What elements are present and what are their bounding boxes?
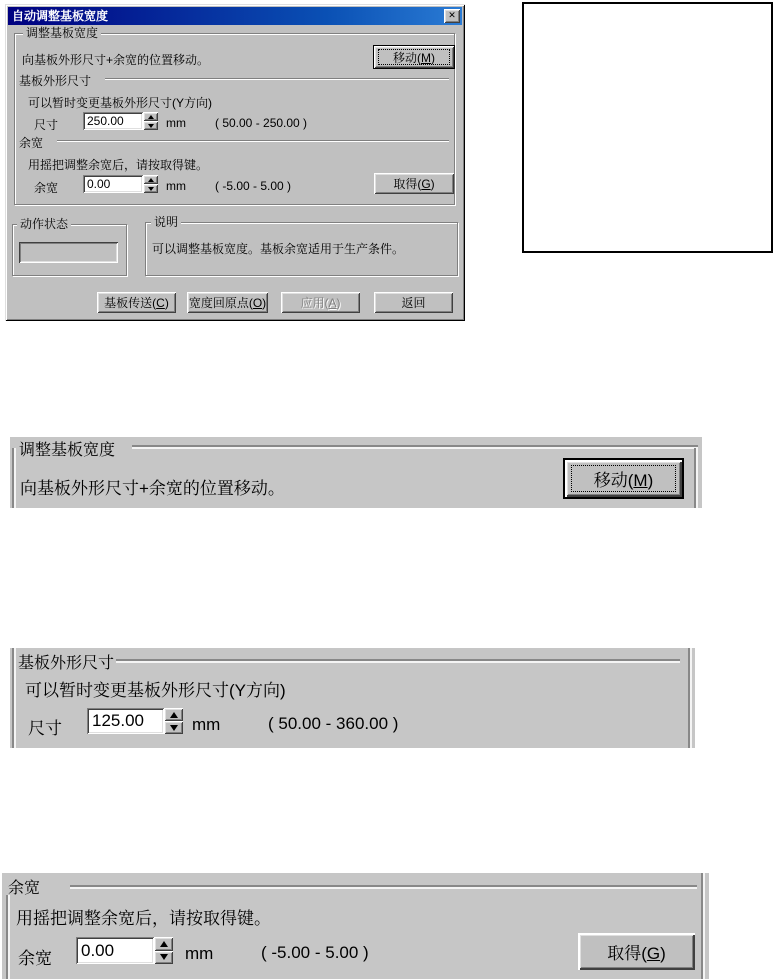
zoom-margin-section: 余宽 用摇把调整余宽后，请按取得键。 余宽 mm ( -5.00 - 5.00 … [2, 873, 709, 979]
zoom-margin-input[interactable] [76, 937, 154, 964]
zoom-size-input[interactable] [87, 708, 164, 734]
adjust-description: 向基板外形尺寸+余宽的位置移动。 [22, 51, 209, 68]
zoom-margin-left-border [6, 895, 10, 979]
zoom-margin-spinner[interactable] [154, 937, 173, 964]
zoom-size-left-border [12, 648, 16, 748]
size-section-divider [105, 78, 449, 80]
zoom-adjust-left-border [12, 448, 16, 508]
width-origin-button[interactable]: 宽度回原点(O) [187, 292, 268, 313]
dialog-window: 自动调整基板宽度 ✕ 调整基板宽度 向基板外形尺寸+余宽的位置移动。 移动(M)… [5, 4, 465, 321]
zoom-size-spinner[interactable] [164, 708, 183, 734]
return-button[interactable]: 返回 [374, 292, 453, 313]
zoom-margin-field-label: 余宽 [18, 944, 52, 969]
size-range: ( 50.00 - 250.00 ) [215, 116, 307, 130]
margin-field-label: 余宽 [34, 179, 58, 196]
zoom-adjust-section: 调整基板宽度 向基板外形尺寸+余宽的位置移动。 移动(M) [10, 437, 702, 508]
apply-button: 应用(A) [281, 292, 360, 313]
note-group: 说明 可以调整基板宽度。基板余宽适用于生产条件。 [145, 222, 458, 276]
note-group-label: 说明 [151, 216, 181, 229]
zoom-size-field-label: 尺寸 [28, 714, 62, 739]
margin-unit: mm [166, 179, 186, 193]
margin-spin-down-icon[interactable] [143, 184, 158, 193]
zoom-move-button[interactable]: 移动(M) [565, 460, 682, 497]
zoom-get-button[interactable]: 取得(G) [578, 933, 695, 970]
margin-spinner[interactable] [143, 175, 158, 193]
zoom-margin-hint: 用摇把调整余宽后，请按取得键。 [16, 904, 271, 929]
margin-section-divider [57, 140, 449, 142]
adjust-group: 调整基板宽度 向基板外形尺寸+余宽的位置移动。 移动(M) 基板外形尺寸 可以暂… [14, 33, 455, 205]
zoom-size-divider [116, 659, 680, 663]
zoom-margin-divider [70, 885, 697, 889]
zoom-size-unit: mm [192, 715, 220, 735]
get-button[interactable]: 取得(G) [374, 173, 454, 194]
status-box [19, 242, 118, 263]
size-unit: mm [166, 116, 186, 130]
zoom-margin-range: ( -5.00 - 5.00 ) [261, 943, 369, 963]
zoom-adjust-right-border [694, 448, 698, 508]
empty-preview-box [522, 2, 773, 253]
window-title: 自动调整基板宽度 [12, 7, 108, 25]
zoom-adjust-label: 调整基板宽度 [19, 437, 115, 460]
zoom-size-hint: 可以暂时变更基板外形尺寸(Y方向) [25, 676, 286, 701]
zoom-size-spin-down-icon[interactable] [164, 721, 183, 734]
zoom-margin-right-border [701, 873, 705, 979]
zoom-size-right-border [688, 648, 692, 748]
adjust-group-label: 调整基板宽度 [23, 27, 101, 40]
zoom-margin-label: 余宽 [8, 875, 40, 898]
note-text: 可以调整基板宽度。基板余宽适用于生产条件。 [152, 240, 404, 257]
zoom-size-section: 基板外形尺寸 可以暂时变更基板外形尺寸(Y方向) 尺寸 mm ( 50.00 -… [10, 648, 695, 748]
margin-input[interactable] [83, 175, 143, 193]
zoom-adjust-divider [132, 445, 698, 449]
size-input[interactable] [83, 112, 143, 130]
zoom-margin-unit: mm [185, 944, 213, 964]
zoom-margin-spin-down-icon[interactable] [154, 951, 173, 965]
size-field-label: 尺寸 [34, 116, 58, 133]
board-transfer-button[interactable]: 基板传送(C) [97, 292, 176, 313]
size-spin-down-icon[interactable] [143, 121, 158, 130]
size-spin-up-icon[interactable] [143, 112, 158, 121]
close-icon: ✕ [448, 10, 456, 20]
size-spinner[interactable] [143, 112, 158, 130]
zoom-size-range: ( 50.00 - 360.00 ) [268, 714, 398, 734]
margin-spin-up-icon[interactable] [143, 175, 158, 184]
zoom-margin-spin-up-icon[interactable] [154, 937, 173, 951]
move-button[interactable]: 移动(M) [374, 46, 454, 68]
margin-range: ( -5.00 - 5.00 ) [215, 179, 291, 193]
margin-hint: 用摇把调整余宽后，请按取得键。 [28, 156, 208, 173]
close-button[interactable]: ✕ [444, 9, 460, 23]
zoom-adjust-description: 向基板外形尺寸+余宽的位置移动。 [20, 474, 285, 499]
title-bar[interactable]: 自动调整基板宽度 ✕ [8, 7, 462, 25]
status-group-label: 动作状态 [17, 218, 71, 231]
zoom-size-spin-up-icon[interactable] [164, 708, 183, 721]
zoom-size-label: 基板外形尺寸 [18, 650, 114, 673]
status-group: 动作状态 [12, 224, 127, 276]
size-hint: 可以暂时变更基板外形尺寸(Y方向) [28, 94, 212, 111]
size-section-label: 基板外形尺寸 [19, 72, 91, 89]
margin-section-label: 余宽 [19, 134, 43, 151]
